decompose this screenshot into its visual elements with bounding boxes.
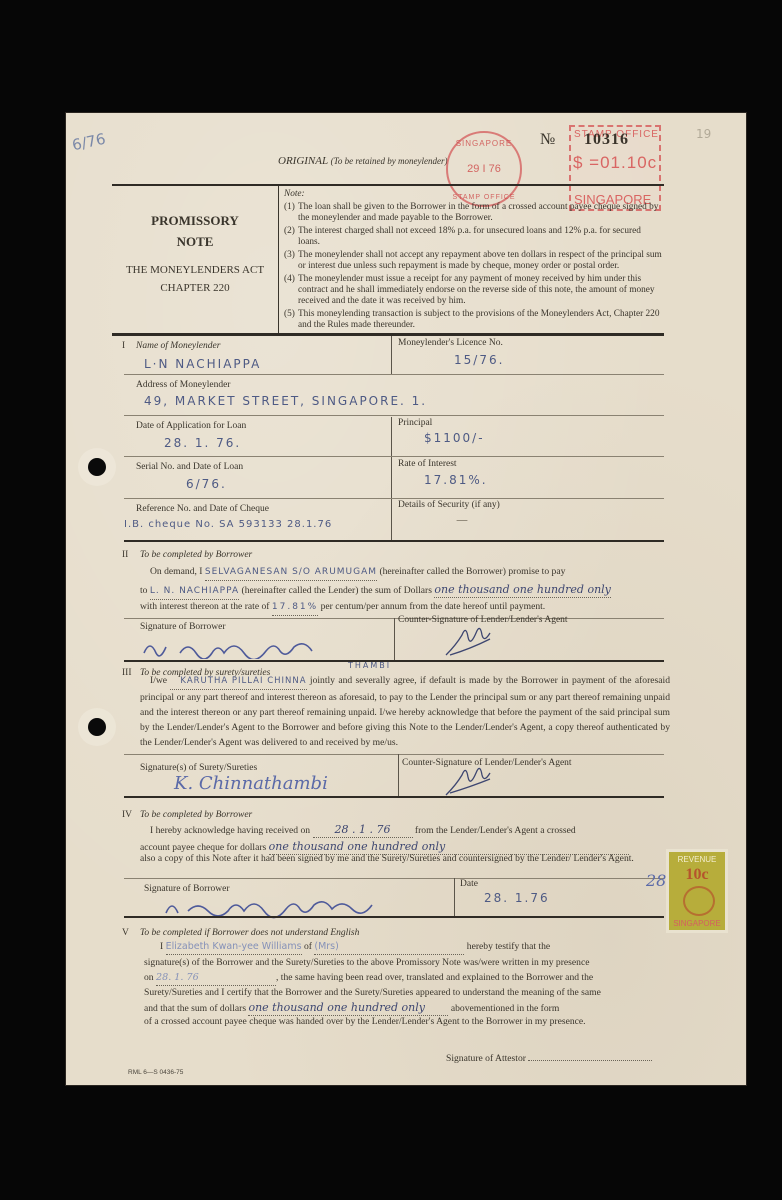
meter-value: $ =01.10c: [573, 153, 657, 173]
corner-pencil-mark: 19: [696, 127, 711, 141]
revenue-stamp: REVENUE 10c SINGAPORE: [666, 849, 728, 933]
serial-label: Serial No. and Date of Loan: [136, 462, 243, 472]
copy-label-sub: (To be retained by moneylender): [331, 156, 448, 166]
note-text: The moneylender must issue a receipt for…: [298, 274, 662, 307]
date-label: Date: [460, 879, 478, 889]
lender-counter-signature[interactable]: [442, 765, 502, 799]
note-number: (3): [284, 250, 298, 272]
attestor-signature-field[interactable]: [528, 1050, 652, 1061]
document-number: 10316: [584, 131, 629, 149]
text-fragment: abovementioned in the form: [451, 1003, 559, 1014]
header-bottom-rule: [112, 333, 664, 336]
note-item: (3)The moneylender shall not accept any …: [284, 250, 662, 272]
margin-note-serial: 6/76: [70, 130, 107, 155]
punch-hole-bottom: [88, 718, 106, 736]
text-fragment: I hereby acknowledge having received on: [150, 825, 310, 836]
licence-label: Moneylender's Licence No.: [398, 338, 503, 348]
section2-bottom-rule: [124, 660, 664, 662]
section4-line1: I hereby acknowledge having received on …: [150, 822, 680, 838]
title-line-2: NOTE: [112, 234, 278, 250]
row-rule: [124, 374, 664, 375]
postmark-date: 29 I 76: [448, 163, 520, 175]
borrower-signature[interactable]: [140, 635, 380, 657]
revenue-stamp-bottom: SINGAPORE: [669, 919, 725, 928]
note-text: The interest charged shall not exceed 18…: [298, 226, 662, 248]
text-fragment: per centum/per annum from the date hereo…: [321, 601, 546, 612]
attestor-of-field[interactable]: (Mrs): [314, 939, 464, 955]
text-fragment: on: [144, 972, 154, 983]
section2-line2: to L. N. NACHIAPPA (hereinafter called t…: [140, 582, 700, 600]
surety-signature[interactable]: K. Chinnathambi: [174, 773, 328, 794]
note-label: Note:: [284, 189, 662, 200]
section3-bottom-rule: [124, 796, 664, 798]
section1-divider-a: [391, 336, 392, 374]
attestor-name-field[interactable]: Elizabeth Kwan-yee Williams: [166, 939, 302, 955]
promissory-note-page: 6/76 19 ORIGINAL (To be retained by mone…: [66, 113, 746, 1085]
section3-roman: III: [122, 668, 132, 678]
number-prefix: №: [540, 131, 555, 149]
section5-line4: Surety/Sureties and I certify that the B…: [144, 985, 684, 1000]
row-rule: [124, 498, 664, 499]
note-item: (1)The loan shall be given to the Borrow…: [284, 202, 662, 224]
text-fragment: (hereinafter called the Lender) the sum …: [242, 585, 432, 596]
surety-name-above[interactable]: THAMBI: [348, 661, 391, 670]
row-rule: [124, 878, 664, 879]
section5-line6: of a crossed account payee cheque was ha…: [144, 1014, 684, 1029]
form-title-block: PROMISSORY NOTE THE MONEYLENDERS ACT CHA…: [112, 213, 278, 294]
borrower-signature-label: Signature of Borrower: [140, 622, 225, 632]
section5-roman: V: [122, 928, 129, 938]
moneylender-name-value[interactable]: L·N NACHIAPPA: [144, 357, 261, 371]
rate-value[interactable]: 17.81%.: [424, 473, 488, 487]
section5-line3: on 28. 1. 76, the same having been read …: [144, 970, 684, 986]
act-chapter: CHAPTER 220: [112, 282, 278, 294]
borrower-signature-label: Signature of Borrower: [144, 884, 229, 894]
cheque-ref-label: Reference No. and Date of Cheque: [136, 504, 269, 514]
date-value[interactable]: 28. 1.76: [484, 891, 550, 905]
text-fragment: hereby testify that the: [467, 941, 550, 952]
text-fragment: , the same having been read over, transl…: [276, 972, 593, 983]
copy-label-text: ORIGINAL: [278, 155, 328, 167]
coat-of-arms-icon: [683, 886, 715, 916]
section4-bottom-rule: [124, 916, 664, 918]
attestor-signature-row: Signature of Attestor: [446, 1050, 652, 1066]
section2-roman: II: [122, 550, 128, 560]
postmark-top-text: SINGAPORE: [448, 139, 520, 148]
text-fragment: and that the sum of dollars: [144, 1003, 246, 1014]
note-number: (2): [284, 226, 298, 248]
principal-label: Principal: [398, 418, 432, 428]
section5-line1: I Elizabeth Kwan-yee Williams of (Mrs) h…: [160, 939, 680, 955]
attestation-date-field[interactable]: 28. 1. 76: [156, 970, 276, 986]
borrower-name-field[interactable]: SELVAGANESAN S/O ARUMUGAM: [205, 565, 377, 581]
form-code: RML 6—S 0436-75: [128, 1069, 183, 1076]
sum-words-field[interactable]: one thousand one hundred only: [434, 582, 611, 598]
text-fragment: from the Lender/Lender's Agent a crossed: [415, 825, 576, 836]
punch-hole-top: [88, 458, 106, 476]
section1-bottom-rule: [124, 540, 664, 542]
moneylender-name-label: Name of Moneylender: [136, 341, 220, 351]
note-text: This moneylending transaction is subject…: [298, 309, 662, 331]
note-text: The moneylender shall not accept any rep…: [298, 250, 662, 272]
copy-label: ORIGINAL (To be retained by moneylender): [278, 155, 447, 167]
interest-rate-field[interactable]: 17.81%: [272, 600, 318, 616]
address-label: Address of Moneylender: [136, 380, 230, 390]
text-fragment: I/we: [150, 675, 167, 686]
section5-heading: To be completed if Borrower does not und…: [140, 928, 359, 938]
lender-name-field[interactable]: L. N. NACHIAPPA: [150, 584, 239, 600]
section2-heading: To be completed by Borrower: [140, 550, 252, 560]
rate-label: Rate of Interest: [398, 459, 457, 469]
section4-sig-divider: [454, 878, 455, 916]
row-rule: [124, 456, 664, 457]
note-item: (2)The interest charged shall not exceed…: [284, 226, 662, 248]
note-item: (5)This moneylending transaction is subj…: [284, 309, 662, 331]
section2-line1: On demand, I SELVAGANESAN S/O ARUMUGAM (…: [150, 564, 670, 581]
row-rule: [124, 415, 664, 416]
note-item: (4)The moneylender must issue a receipt …: [284, 274, 662, 307]
application-date-value[interactable]: 28. 1. 76.: [164, 436, 241, 450]
surety-signature-label: Signature(s) of Surety/Sureties: [140, 763, 257, 773]
revenue-stamp-top: REVENUE: [669, 855, 725, 864]
title-line-1: PROMISSORY: [112, 213, 278, 229]
security-label: Details of Security (if any): [398, 500, 500, 510]
attestor-signature-label: Signature of Attestor: [446, 1053, 526, 1064]
address-value[interactable]: 49, MARKET STREET, SINGAPORE. 1.: [144, 394, 427, 408]
text-fragment: On demand, I: [150, 566, 203, 577]
text-fragment: of: [304, 941, 312, 952]
received-date-field[interactable]: 28 . 1 . 76: [313, 822, 413, 838]
section4-roman: IV: [122, 810, 132, 820]
principal-value[interactable]: $1100/-: [424, 431, 485, 445]
section3-paragraph: I/we KARUTHA PILLAI CHINNA jointly and s…: [140, 673, 670, 750]
section2-sig-divider: [394, 618, 395, 660]
text-fragment: with interest thereon at the rate of: [140, 601, 269, 612]
section4-line3: also a copy of this Note after it had be…: [140, 853, 670, 864]
text-fragment: I: [160, 941, 163, 952]
text-fragment: account payee cheque for dollars: [140, 842, 266, 853]
note-number: (5): [284, 309, 298, 331]
act-name: THE MONEYLENDERS ACT: [112, 264, 278, 276]
note-number: (1): [284, 202, 298, 224]
text-fragment: (hereinafter called the Borrower) promis…: [379, 566, 565, 577]
section3-sig-divider: [398, 754, 399, 796]
row-rule: [124, 754, 664, 755]
section5-line2: signature(s) of the Borrower and the Sur…: [144, 955, 684, 970]
note-text: The loan shall be given to the Borrower …: [298, 202, 662, 224]
section2-line3: with interest thereon at the rate of 17.…: [140, 599, 670, 616]
header-top-rule: [112, 184, 664, 186]
application-date-label: Date of Application for Loan: [136, 421, 246, 431]
serial-value[interactable]: 6/76.: [186, 477, 227, 491]
section1-roman: I: [122, 341, 125, 351]
security-value[interactable]: —: [456, 513, 470, 527]
revenue-stamp-value: 10c: [669, 866, 725, 884]
section1-divider-b: [391, 417, 392, 540]
surety-name-field[interactable]: KARUTHA PILLAI CHINNA: [170, 674, 306, 690]
licence-value[interactable]: 15/76.: [454, 353, 504, 367]
note-number: (4): [284, 274, 298, 307]
section4-heading: To be completed by Borrower: [140, 810, 252, 820]
lender-counter-signature[interactable]: [442, 623, 502, 659]
notes-list: Note: (1)The loan shall be given to the …: [284, 189, 662, 333]
cheque-ref-value[interactable]: I.B. cheque No. SA 593133 28.1.76: [124, 519, 332, 530]
text-fragment: to: [140, 585, 147, 596]
borrower-signature[interactable]: [162, 895, 442, 917]
header-divider: [278, 186, 279, 333]
